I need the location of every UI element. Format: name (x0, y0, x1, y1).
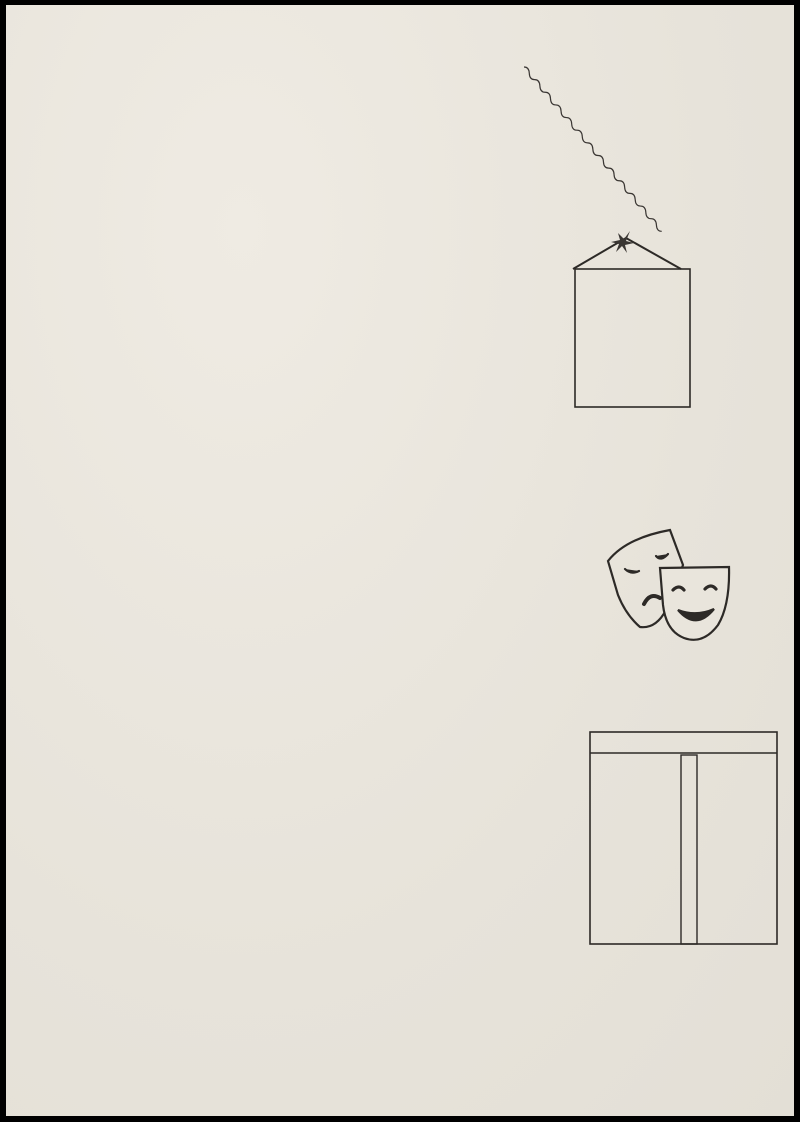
magazine-sales-thermometer (590, 732, 777, 944)
cry-babies-sign (573, 231, 690, 407)
wavy-underline (493, 66, 693, 232)
comedy-tragedy-masks-icon (608, 530, 729, 640)
illustrations (6, 5, 794, 1116)
yearbook-page (6, 5, 794, 1116)
